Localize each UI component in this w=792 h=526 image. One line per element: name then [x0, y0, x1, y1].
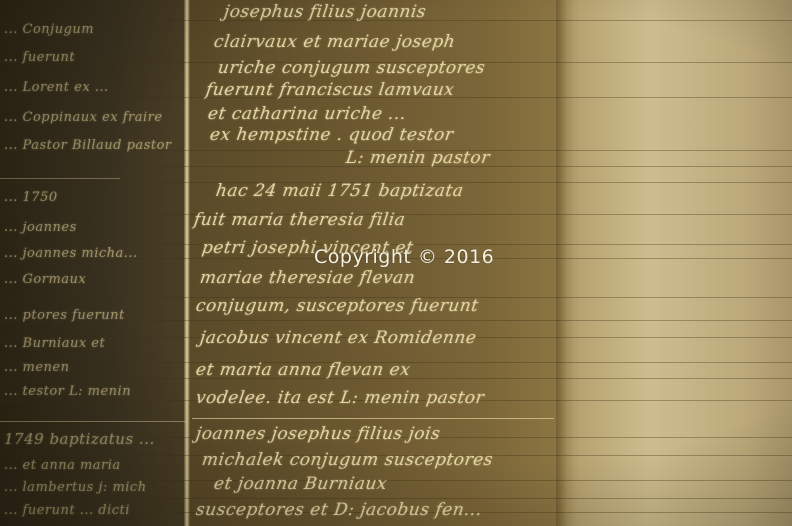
- blank-page-area: [556, 0, 792, 526]
- left-entry-separator: [0, 421, 186, 422]
- left-line: ... lambertus j: mich: [4, 480, 147, 495]
- left-entry-separator: [0, 178, 120, 179]
- left-line: ... Pastor Billaud pastor: [4, 138, 172, 153]
- left-line: ... Lorent ex ...: [4, 80, 109, 95]
- main-entry-separator: [192, 418, 554, 419]
- left-line: ... Coppinaux ex fraire: [4, 110, 163, 125]
- entry-line: fuit maria theresia filia: [193, 210, 407, 230]
- left-line: ... et anna maria: [4, 458, 121, 473]
- left-line: 1749 baptizatus ...: [4, 430, 155, 448]
- entry-signature: L: menin pastor: [345, 148, 492, 168]
- entry-line: ex hempstine . quod testor: [209, 125, 455, 145]
- entry-line: michalek conjugum susceptores: [201, 450, 495, 470]
- left-line: ... Conjugum: [4, 22, 94, 37]
- page-fold-shadow: [556, 0, 574, 526]
- left-line: ... fuerunt: [4, 50, 75, 65]
- left-line: ... ptores fuerunt: [4, 308, 125, 323]
- left-line: ... Burniaux et: [4, 336, 105, 351]
- entry-line: hac 24 maii 1751 baptizata: [215, 181, 465, 201]
- document-photo: ... Conjugum ... fuerunt ... Lorent ex .…: [0, 0, 792, 526]
- left-line: ... joannes: [4, 220, 77, 235]
- entry-line: mariae theresiae flevan: [199, 268, 417, 288]
- entry-line: et joanna Burniaux: [213, 474, 389, 494]
- left-line: ... 1750: [4, 190, 58, 205]
- copyright-watermark: Copyright © 2016: [314, 246, 494, 268]
- left-line: ... Gormaux: [4, 272, 86, 287]
- left-line: ... fuerunt ... dicti: [4, 503, 130, 518]
- entry-line: conjugum, susceptores fuerunt: [195, 296, 480, 316]
- column-divider-line: [184, 0, 190, 526]
- entry-line: josephus filius joannis: [223, 2, 428, 22]
- entry-signature: vodelee. ita est L: menin pastor: [195, 388, 486, 408]
- entry-line: jacobus vincent ex Romidenne: [199, 328, 478, 348]
- entry-line: et catharina uriche ...: [207, 104, 408, 124]
- entry-line: uriche conjugum susceptores: [217, 58, 487, 78]
- entry-line: susceptores et D: jacobus fen...: [195, 500, 484, 520]
- entry-line: joannes josephus filius jois: [195, 424, 442, 444]
- entry-line: et maria anna flevan ex: [195, 360, 412, 380]
- left-line: ... joannes micha...: [4, 246, 138, 261]
- left-line: ... menen: [4, 360, 70, 375]
- entry-line: fuerunt franciscus lamvaux: [205, 80, 456, 100]
- entry-line: clairvaux et mariae joseph: [213, 32, 457, 52]
- left-line: ... testor L: menin: [4, 384, 131, 399]
